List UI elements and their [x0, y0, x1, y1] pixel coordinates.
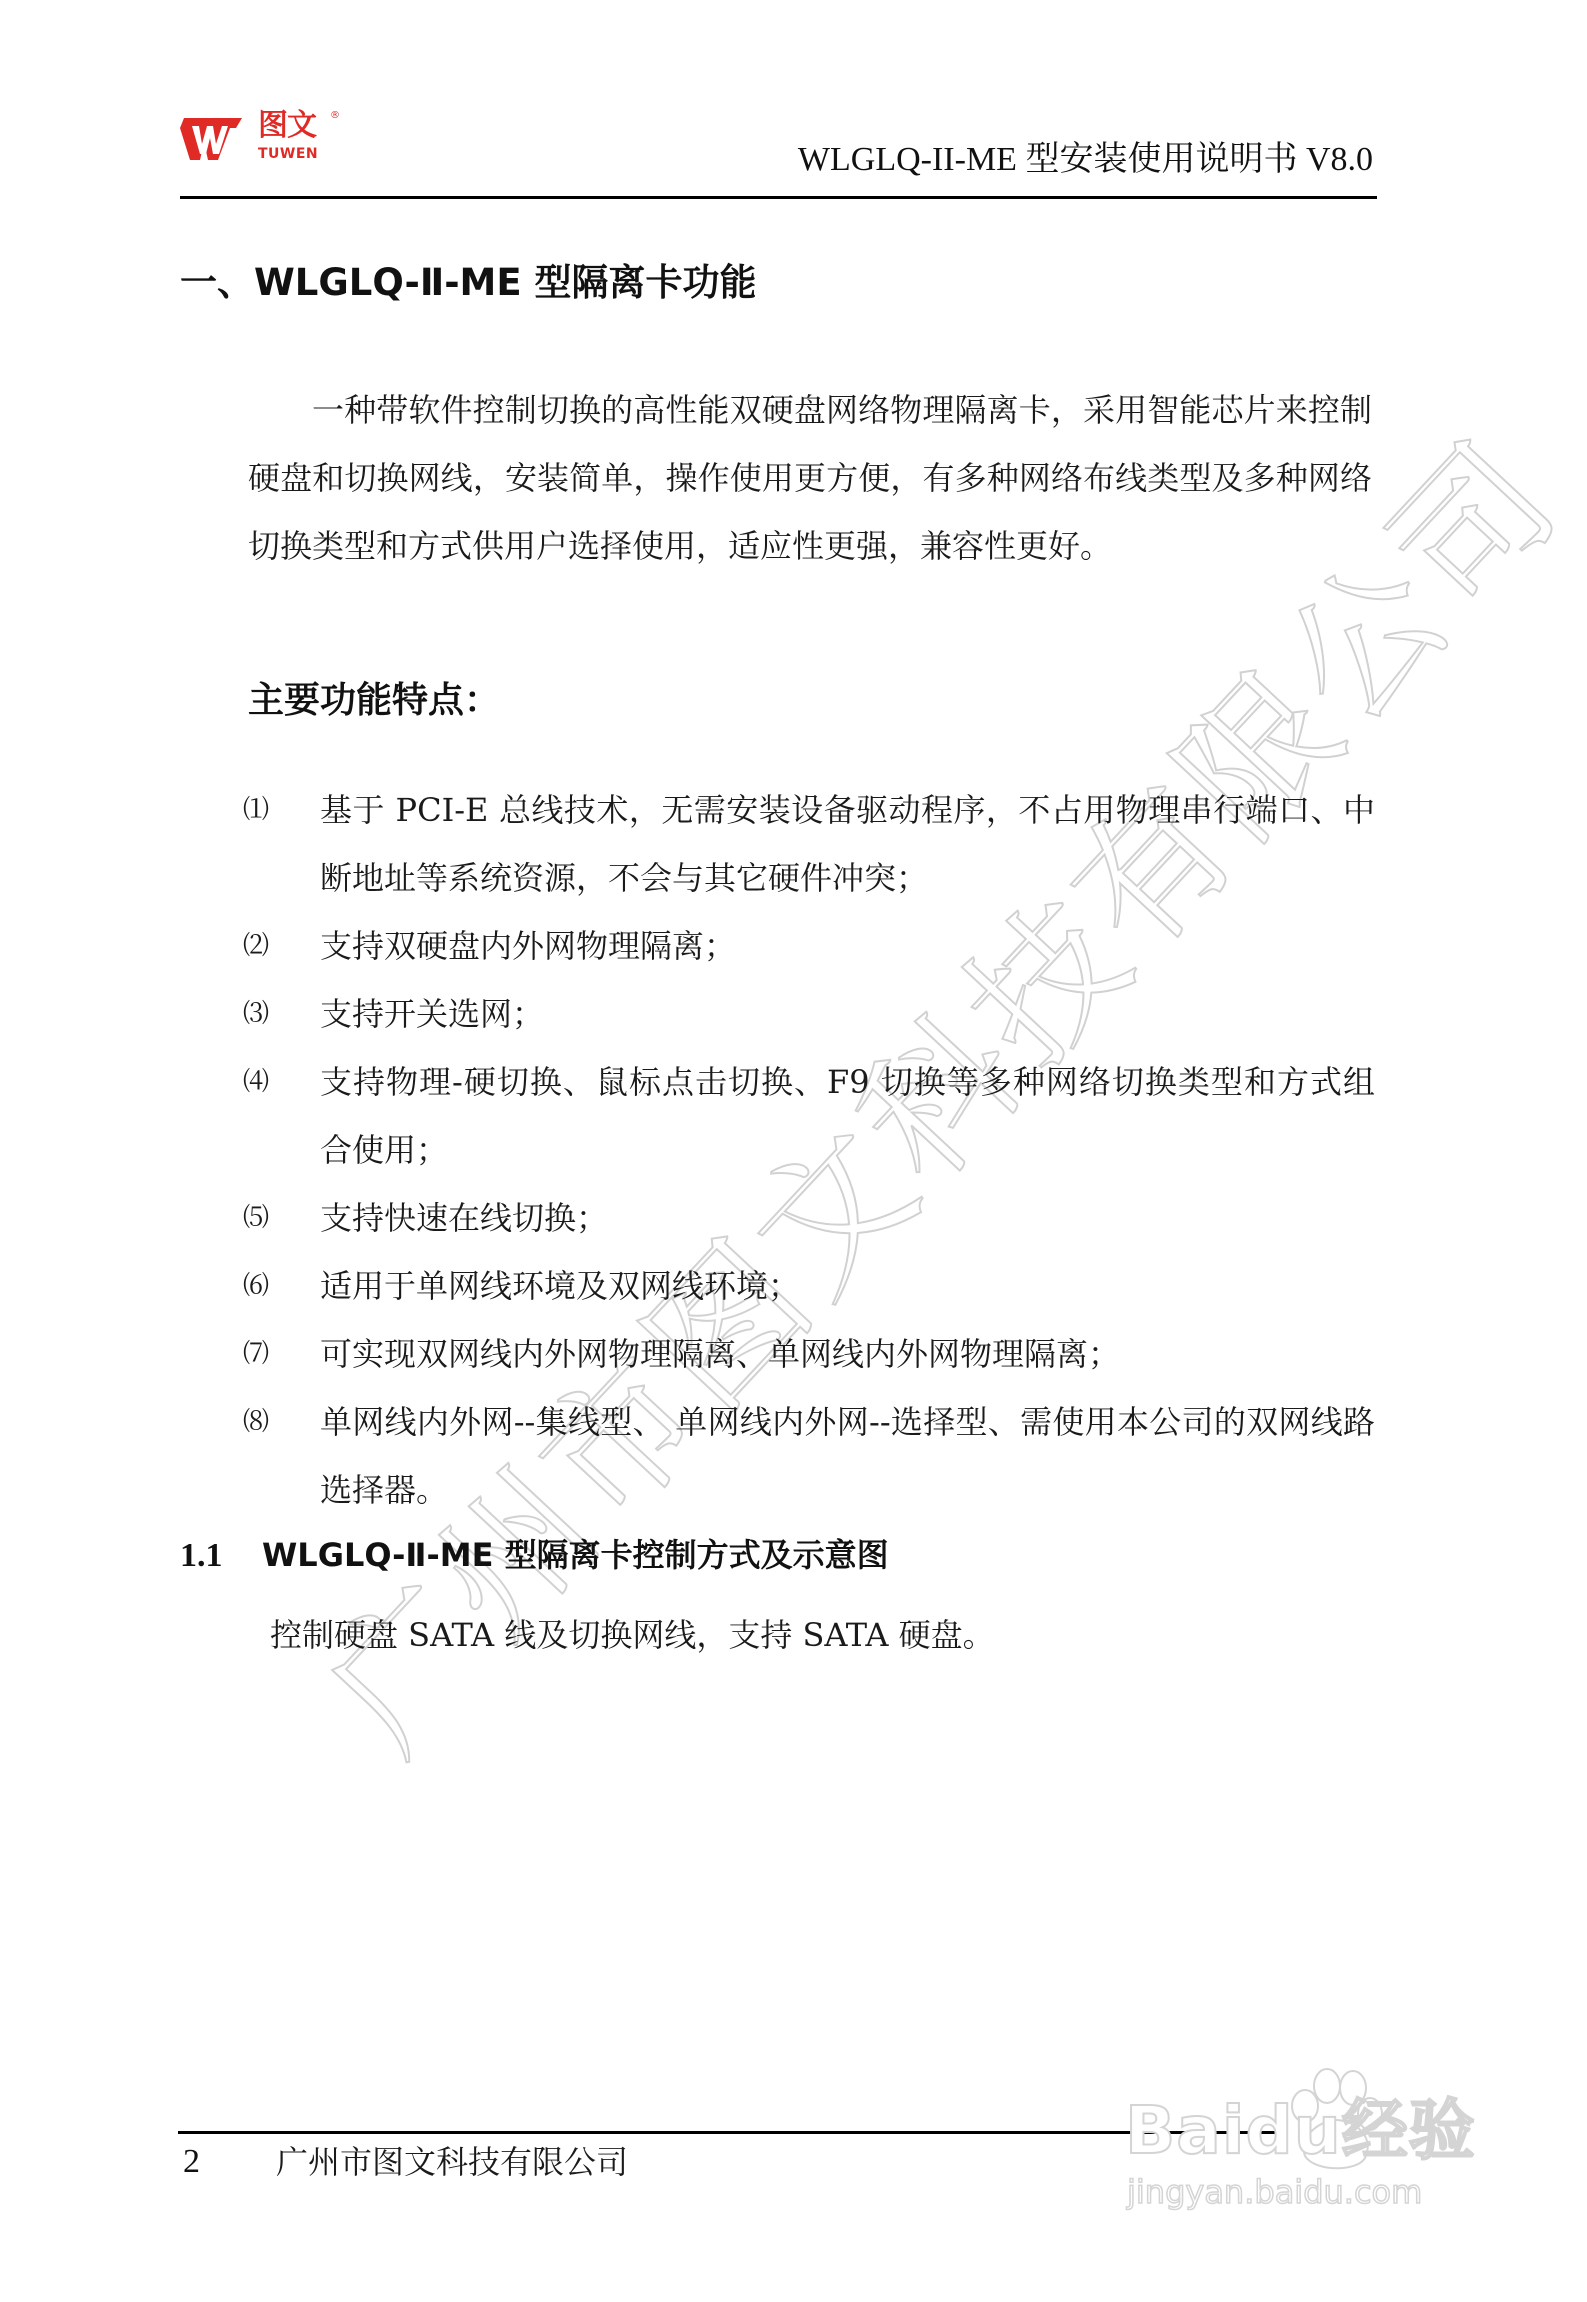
company-logo: 图文 ® TUWEN	[180, 108, 350, 170]
footer-company-name: 广州市图文科技有限公司	[276, 2140, 628, 2184]
list-item-text: 支持快速在线切换；	[320, 1199, 608, 1237]
list-item-text: 可实现双网线内外网物理隔离、单网线内外网物理隔离；	[320, 1335, 1120, 1373]
baidu-paw-icon	[1275, 2064, 1385, 2174]
logo-chinese-text: 图文	[258, 108, 316, 144]
baidu-url-text: jingyan.baidu.com	[1127, 2172, 1422, 2212]
tuwen-w-logo-icon	[180, 114, 244, 164]
list-item-number: ⑶	[243, 980, 303, 1048]
intro-paragraph: 一种带软件控制切换的高性能双硬盘网络物理隔离卡，采用智能芯片来控制硬盘和切换网线…	[248, 376, 1372, 580]
subsection-number: 1.1	[180, 1531, 262, 1581]
list-item-text: 支持开关选网；	[320, 995, 544, 1033]
list-item: ⑶ 支持开关选网；	[243, 980, 1375, 1048]
list-item-number: ⑴	[243, 776, 303, 844]
subsection-paragraph: 控制硬盘 SATA 线及切换网线，支持 SATA 硬盘。	[270, 1607, 995, 1663]
list-item-text: 支持物理-硬切换、鼠标点击切换、F9 切换等多种网络切换类型和方式组合使用；	[320, 1063, 1375, 1169]
feature-list: ⑴ 基于 PCI-E 总线技术，无需安装设备驱动程序，不占用物理串行端口、中断地…	[243, 776, 1375, 1524]
page-number: 2	[183, 2140, 200, 2184]
registered-mark: ®	[330, 110, 340, 121]
features-heading: 主要功能特点：	[248, 676, 500, 726]
list-item-number: ⑺	[243, 1320, 303, 1388]
logo-english-text: TUWEN	[258, 146, 318, 162]
list-item: ⑺ 可实现双网线内外网物理隔离、单网线内外网物理隔离；	[243, 1320, 1375, 1388]
list-item: ⑹ 适用于单网线环境及双网线环境；	[243, 1252, 1375, 1320]
list-item-text: 单网线内外网--集线型、 单网线内外网--选择型、需使用本公司的双网线路选择器。	[320, 1403, 1375, 1509]
list-item-text: 基于 PCI-E 总线技术，无需安装设备驱动程序，不占用物理串行端口、中断地址等…	[320, 791, 1375, 897]
list-item: ⑵ 支持双硬盘内外网物理隔离；	[243, 912, 1375, 980]
list-item: ⑻ 单网线内外网--集线型、 单网线内外网--选择型、需使用本公司的双网线路选择…	[243, 1388, 1375, 1524]
list-item: ⑸ 支持快速在线切换；	[243, 1184, 1375, 1252]
list-item: ⑴ 基于 PCI-E 总线技术，无需安装设备驱动程序，不占用物理串行端口、中断地…	[243, 776, 1375, 912]
list-item-number: ⑸	[243, 1184, 303, 1252]
list-item-text: 适用于单网线环境及双网线环境；	[320, 1267, 800, 1305]
list-item: ⑷ 支持物理-硬切换、鼠标点击切换、F9 切换等多种网络切换类型和方式组合使用；	[243, 1048, 1375, 1184]
list-item-number: ⑹	[243, 1252, 303, 1320]
section-title: 一、WLGLQ-Ⅱ-ME 型隔离卡功能	[180, 258, 757, 308]
footer-divider	[178, 2131, 1278, 2134]
baidu-watermark: Baidu经验 jingyan.baidu.com	[1125, 2060, 1525, 2220]
list-item-number: ⑷	[243, 1048, 303, 1116]
subsection-heading: 1.1WLGLQ-Ⅱ-ME 型隔离卡控制方式及示意图	[180, 1530, 889, 1581]
list-item-text: 支持双硬盘内外网物理隔离；	[320, 927, 736, 965]
list-item-number: ⑵	[243, 912, 303, 980]
header-divider	[180, 196, 1377, 199]
list-item-number: ⑻	[243, 1388, 303, 1456]
subsection-title: WLGLQ-Ⅱ-ME 型隔离卡控制方式及示意图	[262, 1536, 889, 1574]
document-header-title: WLGLQ-II-ME 型安装使用说明书 V8.0	[798, 140, 1373, 180]
